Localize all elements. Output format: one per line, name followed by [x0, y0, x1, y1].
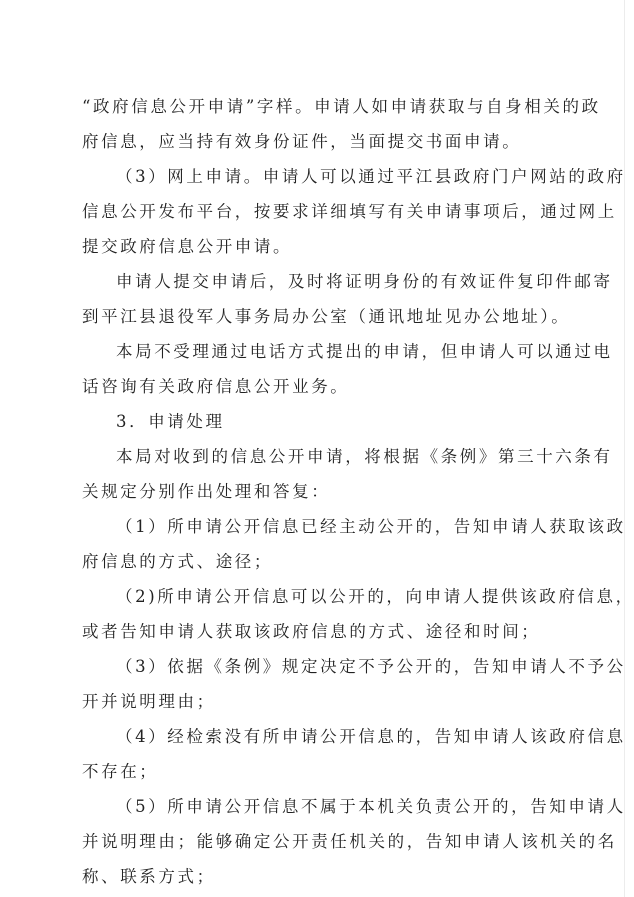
page-edge-divider — [624, 0, 625, 897]
text-line: 本局对收到的信息公开申请，将根据《条例》第三十六条有 — [116, 447, 613, 467]
text-line: 提交政府信息公开申请。 — [82, 237, 292, 257]
text-line: （3）网上申请。申请人可以通过平江县政府门户网站的政府 — [116, 167, 626, 187]
section-heading: 3．申请处理 — [116, 412, 225, 432]
text-line: 府信息的方式、途径； — [82, 552, 273, 572]
text-line: 话咨询有关政府信息公开业务。 — [82, 377, 349, 397]
text-line: （4）经检索没有所申请公开信息的，告知申请人该政府信息 — [116, 727, 626, 747]
text-line: （3）依据《条例》规定决定不予公开的，告知申请人不予公 — [116, 657, 626, 677]
text-line: （1）所申请公开信息已经主动公开的，告知申请人获取该政 — [116, 517, 626, 537]
text-line: 称、联系方式； — [82, 867, 216, 887]
text-line: 信息公开发布平台，按要求详细填写有关申请事项后，通过网上 — [82, 202, 617, 222]
text-line: （5）所申请公开信息不属于本机关负责公开的，告知申请人 — [116, 797, 626, 817]
text-line: 府信息，应当持有效身份证件，当面提交书面申请。 — [82, 132, 521, 152]
text-line: “政府信息公开申请”字样。申请人如申请获取与自身相关的政 — [82, 97, 601, 117]
text-line: 申请人提交申请后，及时将证明身份的有效证件复印件邮寄 — [116, 272, 613, 292]
text-line: 不存在； — [82, 762, 158, 782]
text-line: （2)所申请公开信息可以公开的，向申请人提供该政府信息， — [116, 587, 634, 607]
text-line: 到平江县退役军人事务局办公室（通讯地址见办公地址）。 — [82, 307, 570, 327]
text-line: 并说明理由；能够确定公开责任机关的，告知申请人该机关的名 — [82, 832, 617, 852]
text-line: 本局不受理通过电话方式提出的申请，但申请人可以通过电 — [116, 342, 613, 362]
text-line: 关规定分别作出处理和答复： — [82, 482, 330, 502]
text-line: 或者告知申请人获取该政府信息的方式、途径和时间； — [82, 622, 540, 642]
text-line: 开并说明理由； — [82, 692, 216, 712]
